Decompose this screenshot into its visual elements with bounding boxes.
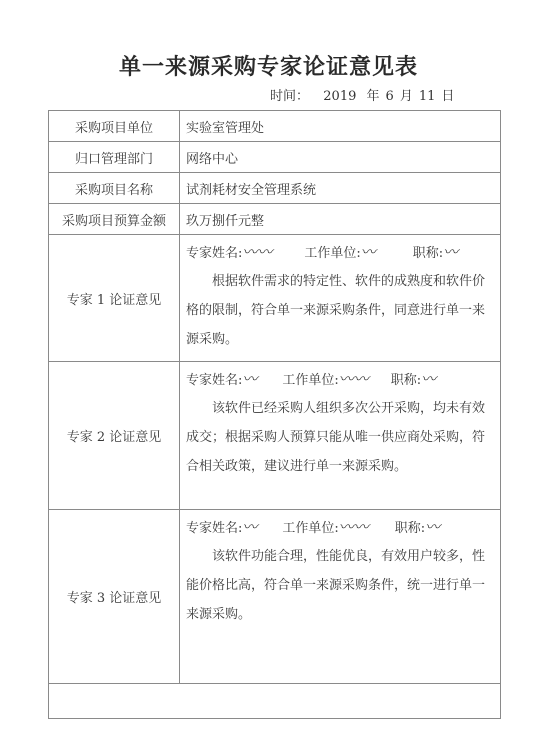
opinion-text: 该软件功能合理，性能优良，有效用户较多，性能价格比高，符合单一来源采购条件，统一…	[186, 542, 496, 629]
expert-row: 专家 2 论证意见 专家姓名:〰工作单位:〰〰职称:〰 该软件已经采购人组织多次…	[49, 362, 501, 510]
document-title: 单一来源采购专家论证意见表	[0, 50, 537, 81]
expert-label: 专家 2 论证意见	[49, 362, 180, 510]
date-day: 11	[419, 89, 436, 104]
blank-cell	[49, 684, 501, 719]
expert-label: 专家 3 论证意见	[49, 510, 180, 684]
date-month-unit: 月	[400, 89, 413, 104]
opinion-text: 该软件已经采购人组织多次公开采购，均未有效成交；根据采购人预算只能从唯一供应商处…	[186, 394, 496, 481]
opinion-text: 根据软件需求的特定性、软件的成熟度和软件价格的限制，符合单一来源采购条件，同意进…	[186, 267, 496, 354]
table-row: 采购项目单位 实验室管理处	[49, 111, 501, 142]
row-label: 归口管理部门	[49, 142, 180, 173]
name-label: 专家姓名:	[186, 373, 242, 388]
title-label: 职称:	[395, 521, 425, 536]
expert-opinion-cell: 专家姓名:〰〰工作单位:〰职称:〰 根据软件需求的特定性、软件的成熟度和软件价格…	[180, 235, 501, 362]
name-signature: 〰	[242, 516, 282, 538]
name-signature: 〰	[242, 368, 282, 390]
table-row: 采购项目名称 试剂耗材安全管理系统	[49, 173, 501, 204]
row-label: 采购项目名称	[49, 173, 180, 204]
date-year: 2019	[323, 89, 356, 104]
unit-signature: 〰	[361, 241, 413, 263]
unit-label: 工作单位:	[282, 373, 338, 388]
title-label: 职称:	[391, 373, 421, 388]
expert-opinion-cell: 专家姓名:〰工作单位:〰〰职称:〰 该软件已经采购人组织多次公开采购，均未有效成…	[180, 362, 501, 510]
unit-signature: 〰〰	[339, 368, 391, 390]
date-year-unit: 年	[367, 89, 380, 104]
expert-row: 专家 1 论证意见 专家姓名:〰〰工作单位:〰职称:〰 根据软件需求的特定性、软…	[49, 235, 501, 362]
signature-line: 专家姓名:〰〰工作单位:〰职称:〰	[186, 241, 496, 267]
opinion-form-table: 采购项目单位 实验室管理处 归口管理部门 网络中心 采购项目名称 试剂耗材安全管…	[48, 110, 501, 719]
row-label: 采购项目单位	[49, 111, 180, 142]
row-value: 网络中心	[180, 142, 501, 173]
expert-label: 专家 1 论证意见	[49, 235, 180, 362]
table-row: 归口管理部门 网络中心	[49, 142, 501, 173]
blank-footer-row	[49, 684, 501, 719]
table-row: 采购项目预算金额 玖万捌仟元整	[49, 204, 501, 235]
title-signature: 〰	[443, 241, 458, 263]
row-value: 试剂耗材安全管理系统	[180, 173, 501, 204]
date-month: 6	[386, 89, 394, 104]
expert-opinion-cell: 专家姓名:〰工作单位:〰〰职称:〰 该软件功能合理，性能优良，有效用户较多，性能…	[180, 510, 501, 684]
name-signature: 〰〰	[242, 241, 304, 263]
title-label: 职称:	[413, 246, 443, 261]
signature-line: 专家姓名:〰工作单位:〰〰职称:〰	[186, 516, 496, 542]
date-day-unit: 日	[441, 89, 454, 104]
title-signature: 〰	[421, 368, 436, 390]
unit-label: 工作单位:	[304, 246, 360, 261]
row-value: 实验室管理处	[180, 111, 501, 142]
date-line: 时间： 2019 年6月11日	[270, 85, 460, 104]
signature-line: 专家姓名:〰工作单位:〰〰职称:〰	[186, 368, 496, 394]
unit-signature: 〰〰	[339, 516, 395, 538]
row-value: 玖万捌仟元整	[180, 204, 501, 235]
title-signature: 〰	[425, 516, 440, 538]
name-label: 专家姓名:	[186, 246, 242, 261]
name-label: 专家姓名:	[186, 521, 242, 536]
date-label: 时间：	[270, 89, 309, 104]
row-label: 采购项目预算金额	[49, 204, 180, 235]
unit-label: 工作单位:	[282, 521, 338, 536]
expert-row: 专家 3 论证意见 专家姓名:〰工作单位:〰〰职称:〰 该软件功能合理，性能优良…	[49, 510, 501, 684]
